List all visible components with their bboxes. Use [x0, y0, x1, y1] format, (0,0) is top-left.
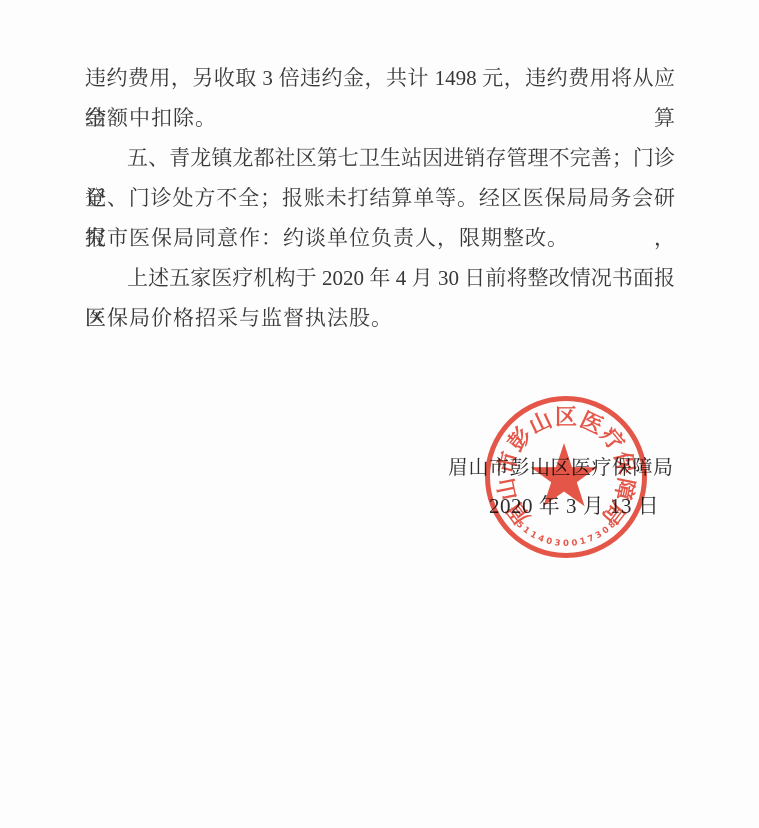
svg-text:3: 3	[554, 538, 561, 549]
body-line-1: 违约费用，另收取 3 倍违约金，共计 1498 元，违约费用将从应结算	[85, 58, 675, 98]
svg-text:0: 0	[545, 536, 553, 547]
document-body: 违约费用，另收取 3 倍违约金，共计 1498 元，违约费用将从应结算 金额中扣…	[85, 58, 675, 338]
svg-text:4: 4	[536, 533, 545, 545]
svg-text:区: 区	[555, 405, 577, 430]
official-seal-stamp: 眉山市彭山区医疗保障局 5114030017308	[480, 391, 652, 563]
document-page: 违约费用，另收取 3 倍违约金，共计 1498 元，违约费用将从应结算 金额中扣…	[0, 0, 759, 828]
svg-text:1: 1	[579, 536, 587, 547]
svg-text:障: 障	[610, 476, 639, 503]
body-line-4: 记、门诊处方不全；报账未打结算单等。经区医保局局务会研究，	[85, 178, 675, 218]
svg-text:0: 0	[563, 539, 569, 549]
star-icon	[531, 443, 598, 506]
body-line-3: 五、青龙镇龙都社区第七卫生站因进销存管理不完善；门诊登	[85, 138, 675, 178]
body-line-6: 上述五家医疗机构于 2020 年 4 月 30 日前将整改情况书面报区	[85, 258, 675, 298]
body-line-7: 医保局价格招采与监督执法股。	[85, 298, 675, 338]
svg-text:保: 保	[610, 449, 640, 476]
svg-text:山: 山	[493, 476, 522, 503]
svg-text:0: 0	[571, 538, 578, 549]
